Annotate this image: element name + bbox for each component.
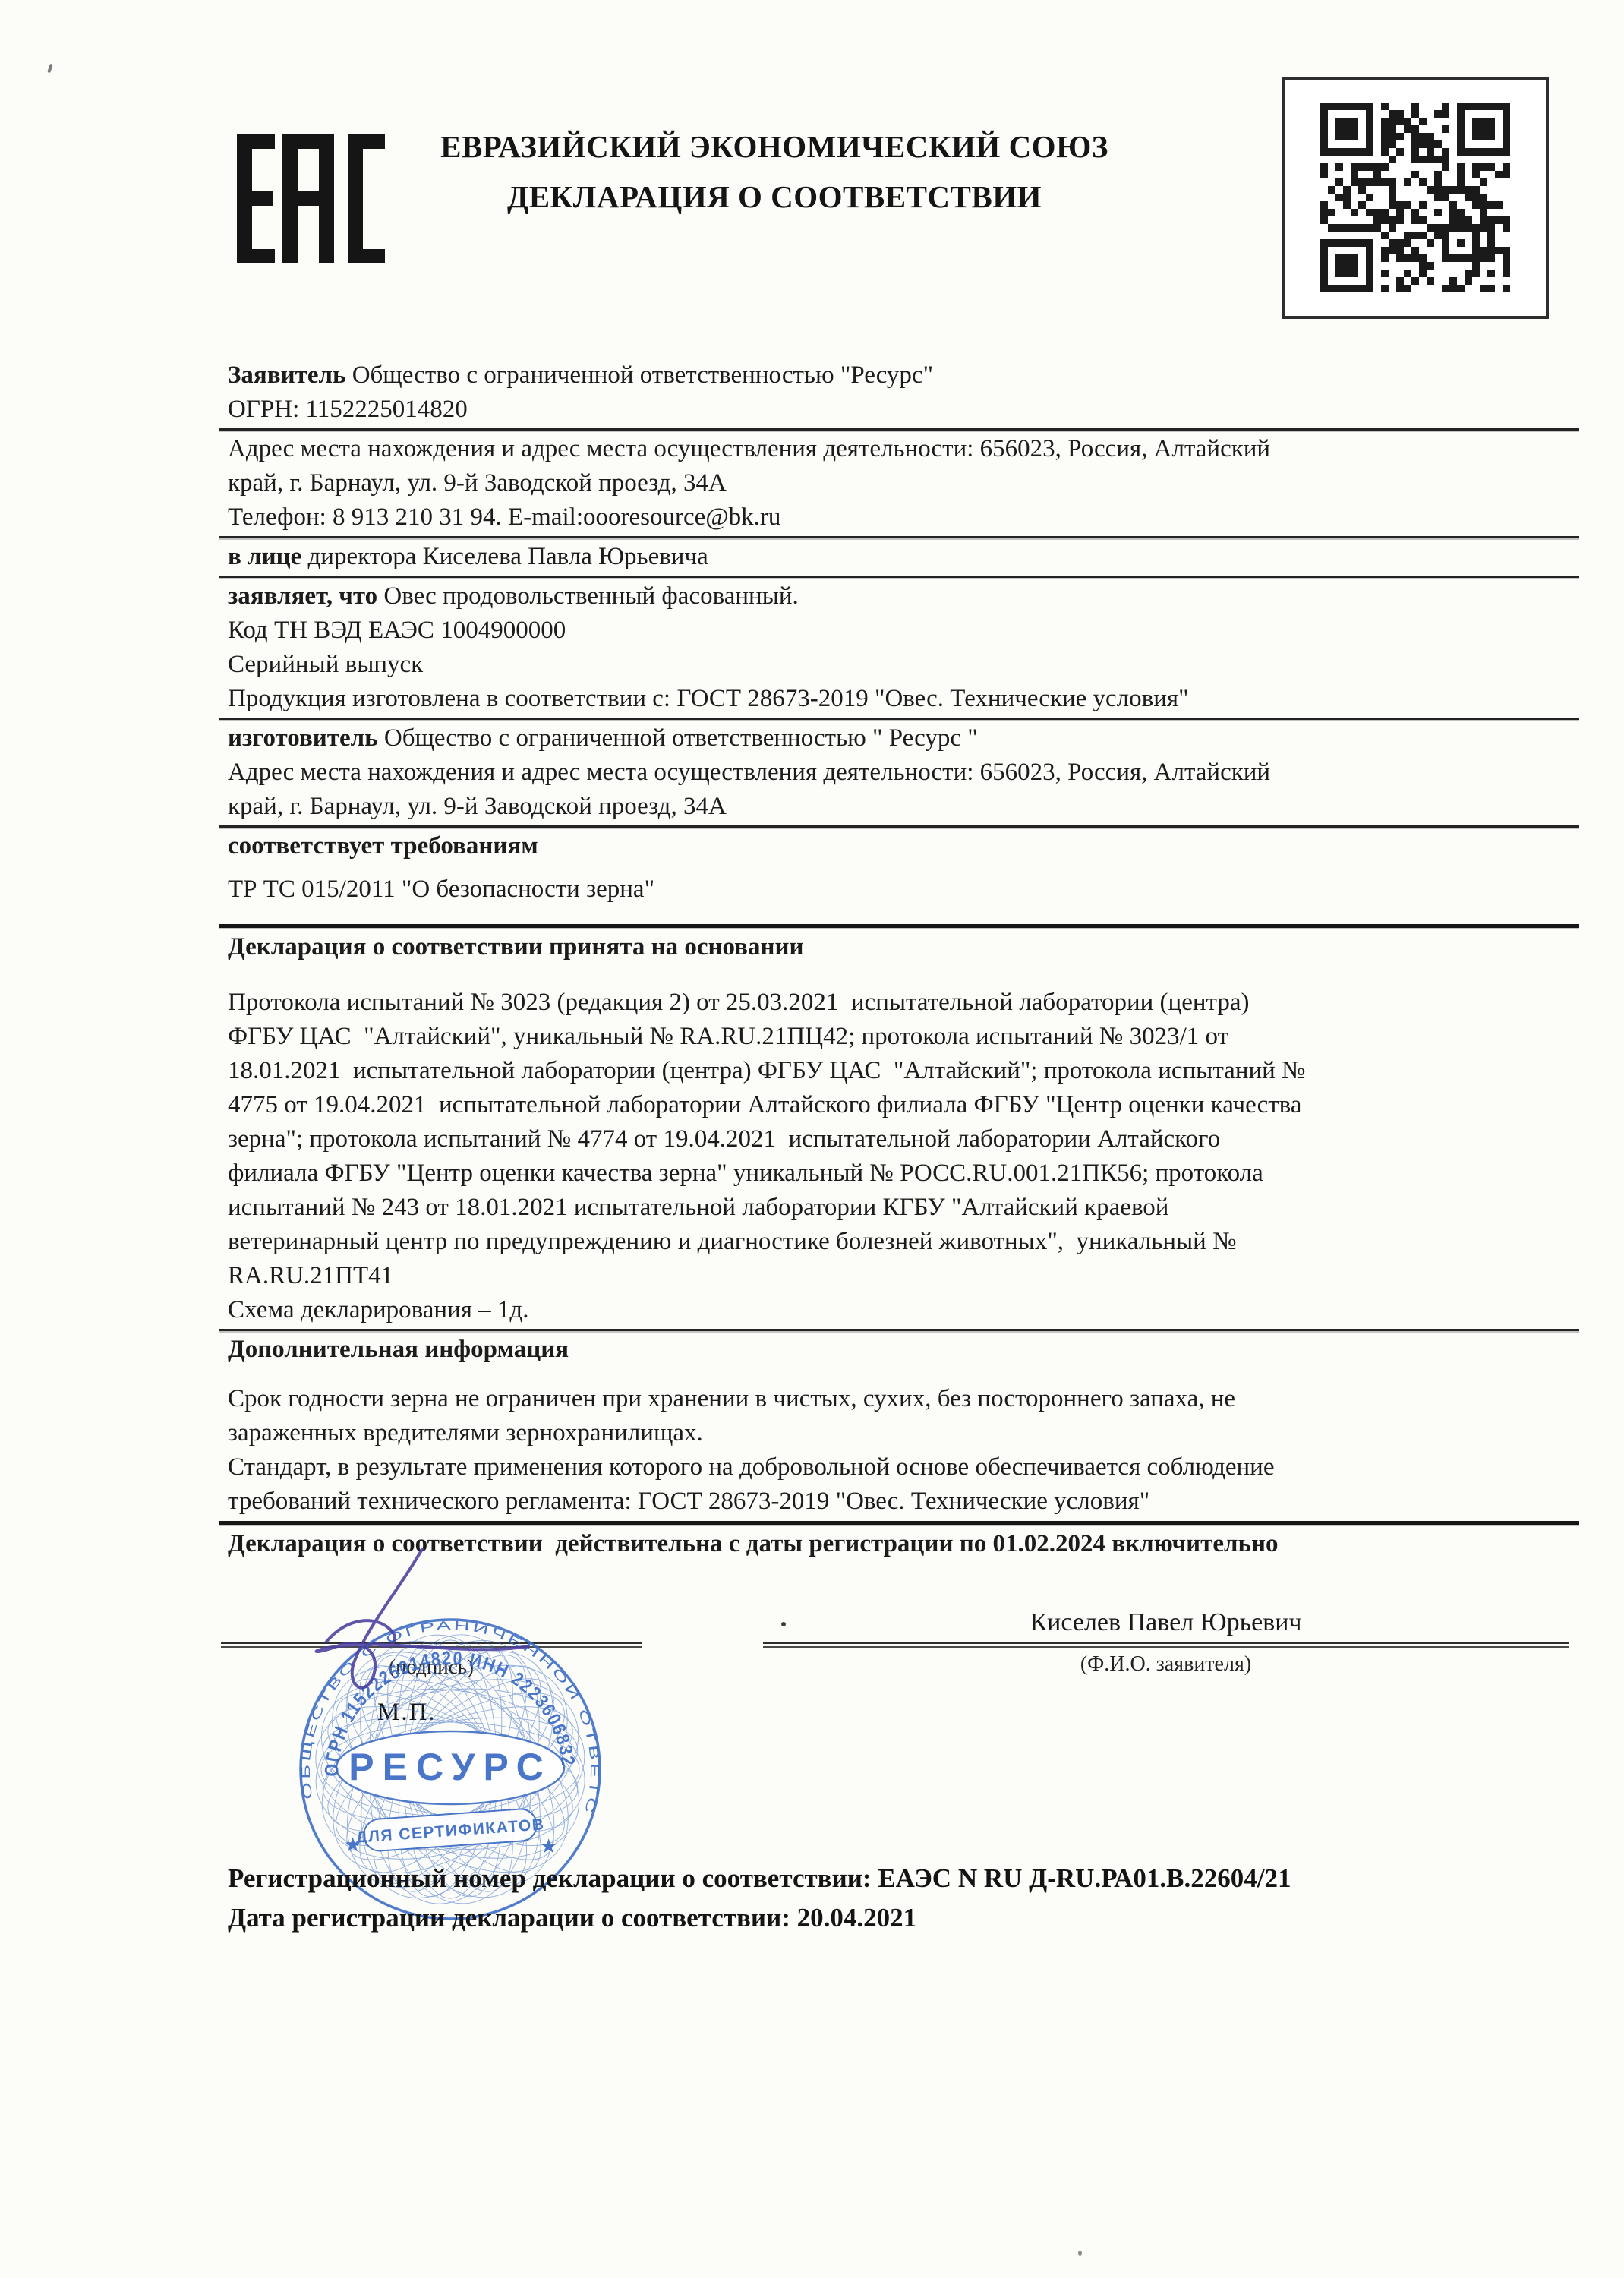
- section-rule: [219, 718, 1579, 720]
- spacer: [219, 964, 1579, 986]
- stamp-ring-outer-text: ОБЩЕСТВО С ОГРАНИЧЕННОЙ ОТВЕТСТВЕННОСТЬЮ: [300, 1620, 601, 1816]
- doc-line: Продукция изготовлена в соответствии с: …: [219, 682, 1579, 716]
- stamp-star-left: ★: [344, 1834, 361, 1856]
- doc-line: край, г. Барнаул, ул. 9-й Заводской прое…: [219, 790, 1579, 824]
- signature-line: [221, 1642, 642, 1648]
- scan-speck: [47, 64, 53, 74]
- doc-line: Серийный выпуск: [219, 648, 1579, 682]
- spacer: [219, 1367, 1579, 1382]
- doc-line: зерна"; протокола испытаний № 4774 от 19…: [219, 1122, 1579, 1156]
- doc-line: Код ТН ВЭД ЕАЭС 1004900000: [219, 614, 1579, 648]
- doc-line: 18.01.2021 испытательной лаборатории (це…: [219, 1054, 1579, 1088]
- registration-block: Регистрационный номер декларации о соотв…: [228, 1859, 1579, 1938]
- fio-caption: (Ф.И.О. заявителя): [763, 1652, 1569, 1677]
- title-line-2: ДЕКЛАРАЦИЯ О СООТВЕТСТВИИ: [349, 172, 1200, 222]
- doc-line: ветеринарный центр по предупреждению и д…: [219, 1225, 1579, 1259]
- doc-line: требований технического регламента: ГОСТ…: [219, 1484, 1579, 1519]
- doc-line: ТР ТС 015/2011 "О безопасности зерна": [219, 872, 1579, 907]
- declaration-document-page: ЕВРАЗИЙСКИЙ ЭКОНОМИЧЕСКИЙ СОЮЗ ДЕКЛАРАЦИ…: [0, 0, 1624, 2278]
- doc-line: Схема декларирования – 1д.: [219, 1293, 1579, 1327]
- doc-line: соответствует требованиям: [219, 829, 1579, 863]
- doc-line: Телефон: 8 913 210 31 94. E-mail:oooreso…: [219, 500, 1579, 535]
- scan-speck: [1078, 2251, 1082, 2256]
- doc-line: изготовитель Общество с ограниченной отв…: [219, 721, 1579, 756]
- section-rule: [219, 924, 1579, 928]
- section-rule: [219, 1521, 1579, 1525]
- registration-number-line: Регистрационный номер декларации о соотв…: [228, 1859, 1579, 1898]
- doc-line: 4775 от 19.04.2021 испытательной лаборат…: [219, 1088, 1579, 1122]
- scan-speck: [781, 1622, 786, 1626]
- title-line-1: ЕВРАЗИЙСКИЙ ЭКОНОМИЧЕСКИЙ СОЮЗ: [349, 121, 1200, 172]
- stamp-star-right: ★: [540, 1835, 557, 1857]
- doc-line: зараженных вредителями зернохранилищах.: [219, 1416, 1579, 1450]
- doc-line: в лице директора Киселева Павла Юрьевича: [219, 540, 1579, 574]
- doc-line: филиала ФГБУ "Центр оценки качества зерн…: [219, 1156, 1579, 1191]
- doc-line: испытаний № 243 от 18.01.2021 испытатель…: [219, 1191, 1579, 1225]
- applicant-name-line: [763, 1642, 1569, 1648]
- doc-line: Адрес места нахождения и адрес места осу…: [219, 756, 1579, 790]
- document-title: ЕВРАЗИЙСКИЙ ЭКОНОМИЧЕСКИЙ СОЮЗ ДЕКЛАРАЦИ…: [349, 121, 1200, 222]
- doc-line: Дополнительная информация: [219, 1333, 1579, 1367]
- doc-line: Декларация о соответствии действительна …: [219, 1527, 1579, 1561]
- section-rule: [219, 1329, 1579, 1331]
- doc-line: Адрес места нахождения и адрес места осу…: [219, 432, 1579, 466]
- registration-date-line: Дата регистрации декларации о соответств…: [228, 1898, 1579, 1938]
- doc-line: Заявитель Общество с ограниченной ответс…: [219, 358, 1579, 393]
- section-rule: [219, 576, 1579, 578]
- doc-line: Стандарт, в результате применения которо…: [219, 1450, 1579, 1484]
- doc-line: край, г. Барнаул, ул. 9-й Заводской прое…: [219, 466, 1579, 500]
- doc-line: Срок годности зерна не ограничен при хра…: [219, 1382, 1579, 1416]
- doc-line: Протокола испытаний № 3023 (редакция 2) …: [219, 986, 1579, 1020]
- stamp-center-text: РЕСУРС: [348, 1746, 551, 1788]
- doc-line: ОГРН: 1152225014820: [219, 393, 1579, 427]
- section-rule: [219, 536, 1579, 538]
- applicant-name: Киселев Павел Юрьевич: [763, 1608, 1569, 1637]
- doc-line: ФГБУ ЦАС "Алтайский", уникальный № RA.RU…: [219, 1020, 1579, 1054]
- document-rows: Заявитель Общество с ограниченной ответс…: [219, 358, 1579, 1561]
- section-rule: [219, 428, 1579, 431]
- spacer: [219, 907, 1579, 922]
- mp-label: М.П.: [377, 1699, 437, 1727]
- stamp-band-text: ДЛЯ СЕРТИФИКАТОВ: [355, 1816, 545, 1846]
- doc-line: Декларация о соответствии принята на осн…: [219, 930, 1579, 964]
- spacer: [219, 863, 1579, 872]
- qr-code-frame: [1282, 77, 1549, 319]
- signature-caption: (подпись): [221, 1655, 642, 1679]
- doc-line: RA.RU.21ПТ41: [219, 1259, 1579, 1293]
- qr-code-icon: [1320, 103, 1510, 292]
- svg-text:ОБЩЕСТВО С ОГРАНИЧЕННОЙ ОТВЕТС: ОБЩЕСТВО С ОГРАНИЧЕННОЙ ОТВЕТСТВЕННОСТЬЮ: [300, 1620, 601, 1816]
- section-rule: [219, 825, 1579, 828]
- doc-line: заявляет, что Овес продовольственный фас…: [219, 579, 1579, 614]
- stamp-center-band: [336, 1731, 564, 1804]
